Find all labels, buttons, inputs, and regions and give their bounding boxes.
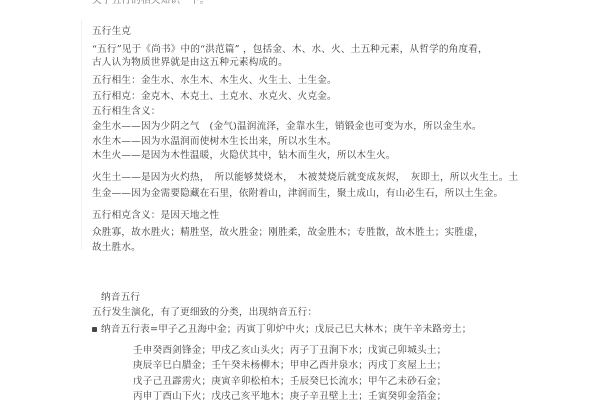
sheng-meaning-mu: 木生火——是因为木性温暖，火隐伏其中，钻木而生火，所以木生火。	[92, 150, 396, 162]
document-page: 关于五行的相关知识一下。 五行生克 “五行”见于《尚书》中的“洪范篇” ，包括金…	[0, 0, 600, 400]
nayin-table-row: 戊子己丑霹雳火；庚寅辛卯松柏木；壬辰癸巳长流水；甲午乙未砂石金；	[133, 376, 446, 388]
ke-meaning-line2: 故土胜水。	[92, 242, 141, 254]
nayin-table-row: 庚辰辛巳白腊金；壬午癸未杨柳木；甲申乙酉井泉水；丙戌丁亥屋上土；	[133, 360, 446, 372]
sheng-meaning-title: 五行相生含义：	[92, 106, 161, 118]
sheng-meaning-shui: 水生木——因为水温润而使树木生长出来，所以水生木。	[92, 136, 337, 148]
bullet-icon	[92, 327, 97, 332]
intro-line-2: 古人认为物质世界就是由这五种元素构成的。	[92, 57, 288, 69]
xiangsheng-line: 五行相生：金生水、水生木、木生火、火生土、土生金。	[92, 75, 337, 87]
nayin-bullet-line: 纳音五行表=甲子乙丑海中金；丙寅丁卯炉中火；戊辰己巳大林木；庚午辛未路旁土；	[92, 324, 472, 336]
sheng-meaning-jin: 金生水——因为少阴之气 (金气)温润流泽，金靠水生，销锻金也可变为水，所以金生水…	[92, 121, 482, 133]
nayin-intro: 五行发生演化，有了更细致的分类，出现纳音五行：	[92, 307, 317, 319]
xiangke-line: 五行相克：金克木、木克土、土克水、水克火、火克金。	[92, 91, 337, 103]
top-line: 关于五行的相关知识一下。	[92, 0, 210, 7]
nayin-table-row: 丙申丁酉山下火；戊戌己亥平地木；庚子辛丑壁上土；壬寅癸卯金箔金；	[133, 391, 446, 400]
intro-line-1: “五行”见于《尚书》中的“洪范篇” ，包括金、木、水、火、土五种元素，从哲学的角…	[92, 44, 488, 56]
sheng-meaning-huo-line1: 火生土——是因为火灼热， 所以能够焚烧木， 木被焚烧后就变成灰烬， 灰即土，所以…	[92, 172, 518, 184]
section-title-nayin: 纳音五行	[101, 292, 140, 304]
ke-meaning-title: 五行相克含义：是因天地之性	[92, 210, 219, 222]
page-edge-divider	[81, 20, 82, 250]
sheng-meaning-tu-line2: 生金——因为金需要隐藏在石里，依附着山，津润而生，聚土成山，有山必生石，所以土生…	[92, 188, 503, 200]
ke-meaning-line1: 众胜寡，故水胜火；精胜坚，故火胜金；刚胜柔，故金胜木；专胜散，故木胜土；实胜虚，	[92, 227, 484, 239]
nayin-bullet-text: 纳音五行表=甲子乙丑海中金；丙寅丁卯炉中火；戊辰己巳大林木；庚午辛未路旁土；	[101, 324, 472, 335]
section-title-wuxing-shengke: 五行生克	[92, 26, 131, 38]
nayin-table-row: 壬申癸酉剑锋金；甲戌乙亥山头火；丙子丁丑涧下水；戊寅己卯城头土；	[133, 345, 446, 357]
